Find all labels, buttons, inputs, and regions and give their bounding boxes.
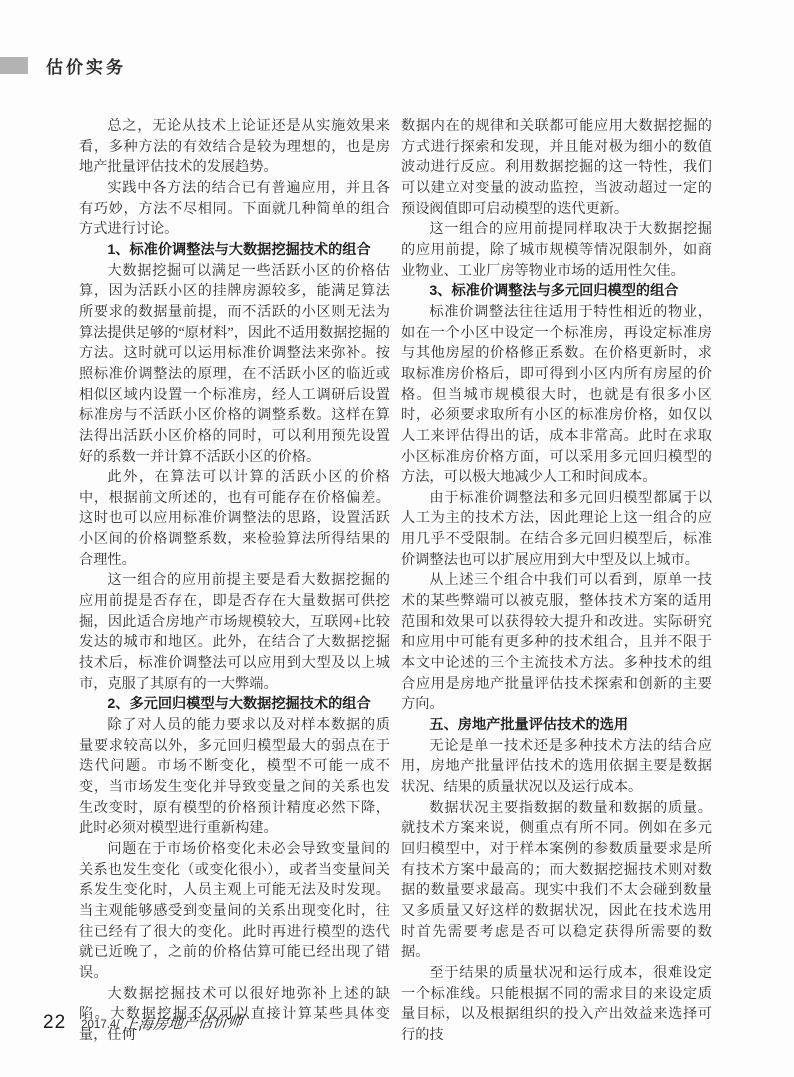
paragraph: 总之，无论从技术上论证还是从实施效果来看，多种方法的有效结合是较为理想的，也是房…: [79, 116, 390, 178]
section-accent-block: [0, 57, 28, 74]
paragraph: 标准价调整法往往适用于特性相近的物业，如在一个小区中设定一个标准房，再设定标准房…: [401, 302, 712, 488]
magazine-page: 估价实务 总之，无论从技术上论证还是从实施效果来看，多种方法的有效结合是较为理想…: [0, 0, 794, 1077]
section-heading: 3、标准价调整法与多元回归模型的组合: [401, 281, 712, 302]
section-heading: 五、房地产批量评估技术的选用: [401, 715, 712, 736]
paragraph: 至于结果的质量状况和运行成本，很难设定一个标准线。只能根据不同的需求目的来设定质…: [401, 963, 712, 1046]
paragraph: 这一组合的应用前提同样取决于大数据挖掘的应用前提，除了城市规模等情况限制外，如商…: [401, 219, 712, 281]
section-heading: 2、多元回归模型与大数据挖掘技术的组合: [79, 694, 390, 715]
paragraph: 问题在于市场价格变化未必会导致变量间的关系也发生变化（或变化很小），或者当变量间…: [79, 839, 390, 984]
paragraph: 大数据挖掘可以满足一些活跃小区的价格估算，因为活跃小区的挂牌房源较多，能满足算法…: [79, 261, 390, 468]
paragraph: 除了对人员的能力要求以及对样本数据的质量要求较高以外，多元回归模型最大的弱点在于…: [79, 715, 390, 839]
section-title: 估价实务: [46, 53, 126, 78]
issue-label: 2017.4/: [81, 1019, 119, 1031]
paragraph: 数据状况主要指数据的数量和数据的质量。就技术方案来说，侧重点有所不同。例如在多元…: [401, 798, 712, 963]
paragraph-continuation: 数据内在的规律和关联都可能应用大数据挖掘的方式进行探索和发现，并且能对极为细小的…: [401, 116, 712, 219]
section-heading: 1、标准价调整法与大数据挖掘技术的组合: [79, 240, 390, 261]
paragraph: 实践中各方法的结合已有普遍应用，并且各有巧妙，方法不尽相同。下面就几种简单的组合…: [79, 178, 390, 240]
right-column: 数据内在的规律和关联都可能应用大数据挖掘的方式进行探索和发现，并且能对极为细小的…: [401, 116, 712, 1046]
page-footer: 22 2017.4/ 上海房地产估价师: [43, 1012, 243, 1034]
paragraph: 这一组合的应用前提主要是看大数据挖掘的应用前提是否存在，即是否存在大量数据可供挖…: [79, 570, 390, 694]
journal-logo-script: 上海房地产估价师: [121, 1010, 243, 1035]
paragraph: 从上述三个组合中我们可以看到，原单一技术的某些弊端可以被克服，整体技术方案的适用…: [401, 570, 712, 715]
paragraph: 此外，在算法可以计算的活跃小区的价格中，根据前文所述的，也有可能存在价格偏差。这…: [79, 467, 390, 570]
left-column: 总之，无论从技术上论证还是从实施效果来看，多种方法的有效结合是较为理想的，也是房…: [79, 116, 390, 1046]
page-number: 22: [43, 1012, 66, 1034]
paragraph: 无论是单一技术还是多种技术方法的结合应用，房地产批量评估技术的选用依据主要是数据…: [401, 736, 712, 798]
article-body: 总之，无论从技术上论证还是从实施效果来看，多种方法的有效结合是较为理想的，也是房…: [79, 116, 712, 1046]
paragraph: 由于标准价调整法和多元回归模型都属于以人工为主的技术方法，因此理论上这一组合的应…: [401, 488, 712, 571]
section-header: 估价实务: [0, 53, 126, 78]
